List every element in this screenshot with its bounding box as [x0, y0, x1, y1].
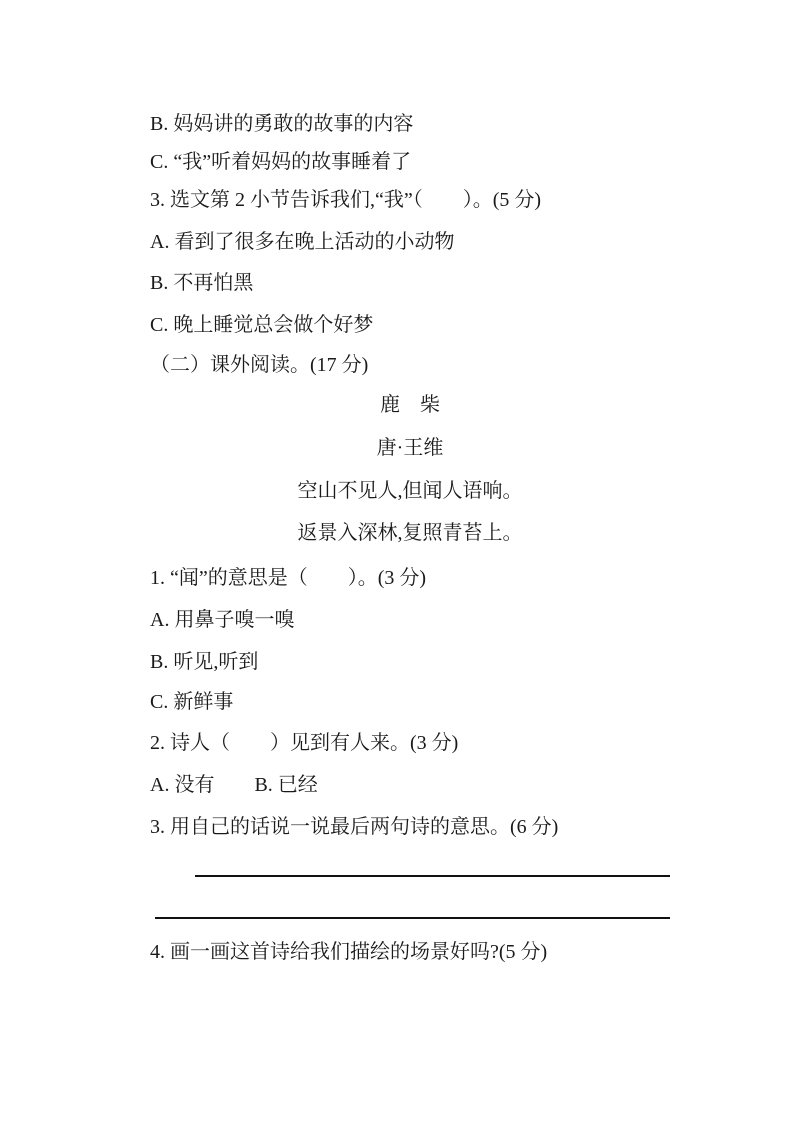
reading2-question-2: 2. 诗人（ ）见到有人来。(3 分): [150, 729, 670, 757]
reading2-q1-option-c: C. 新鲜事: [150, 688, 670, 716]
reading2-q1-option-a: A. 用鼻子嗅一嗅: [150, 606, 670, 634]
reading2-q1-option-b: B. 听见,听到: [150, 648, 670, 676]
reading1-q3-option-b: B. 不再怕黑: [150, 269, 670, 297]
poem-title: 鹿 柴: [150, 391, 670, 419]
reading1-q3-option-a: A. 看到了很多在晚上活动的小动物: [150, 228, 670, 256]
reading1-q3-option-c: C. 晚上睡觉总会做个好梦: [150, 311, 670, 339]
poem-author: 唐·王维: [150, 434, 670, 462]
answer-blank-line-1: [195, 875, 670, 877]
prev-question-option-c: C. “我”听着妈妈的故事睡着了: [150, 148, 670, 176]
reading2-question-4: 4. 画一画这首诗给我们描绘的场景好吗?(5 分): [150, 938, 670, 966]
reading2-q2-options: A. 没有 B. 已经: [150, 771, 670, 799]
reading1-question-3: 3. 选文第 2 小节告诉我们,“我”（ ）。(5 分): [150, 186, 670, 214]
poem-line-1: 空山不见人,但闻人语响。: [150, 477, 670, 505]
poem-line-2: 返景入深林,复照青苔上。: [150, 519, 670, 547]
prev-question-option-b: B. 妈妈讲的勇敢的故事的内容: [150, 110, 670, 138]
reading2-question-3: 3. 用自己的话说一说最后两句诗的意思。(6 分): [150, 813, 670, 841]
answer-blank-line-2: [155, 917, 670, 919]
reading2-question-1: 1. “闻”的意思是（ ）。(3 分): [150, 564, 670, 592]
reading2-section-heading: （二）课外阅读。(17 分): [150, 351, 670, 379]
test-paper-page: B. 妈妈讲的勇敢的故事的内容 C. “我”听着妈妈的故事睡着了 3. 选文第 …: [0, 0, 793, 1122]
